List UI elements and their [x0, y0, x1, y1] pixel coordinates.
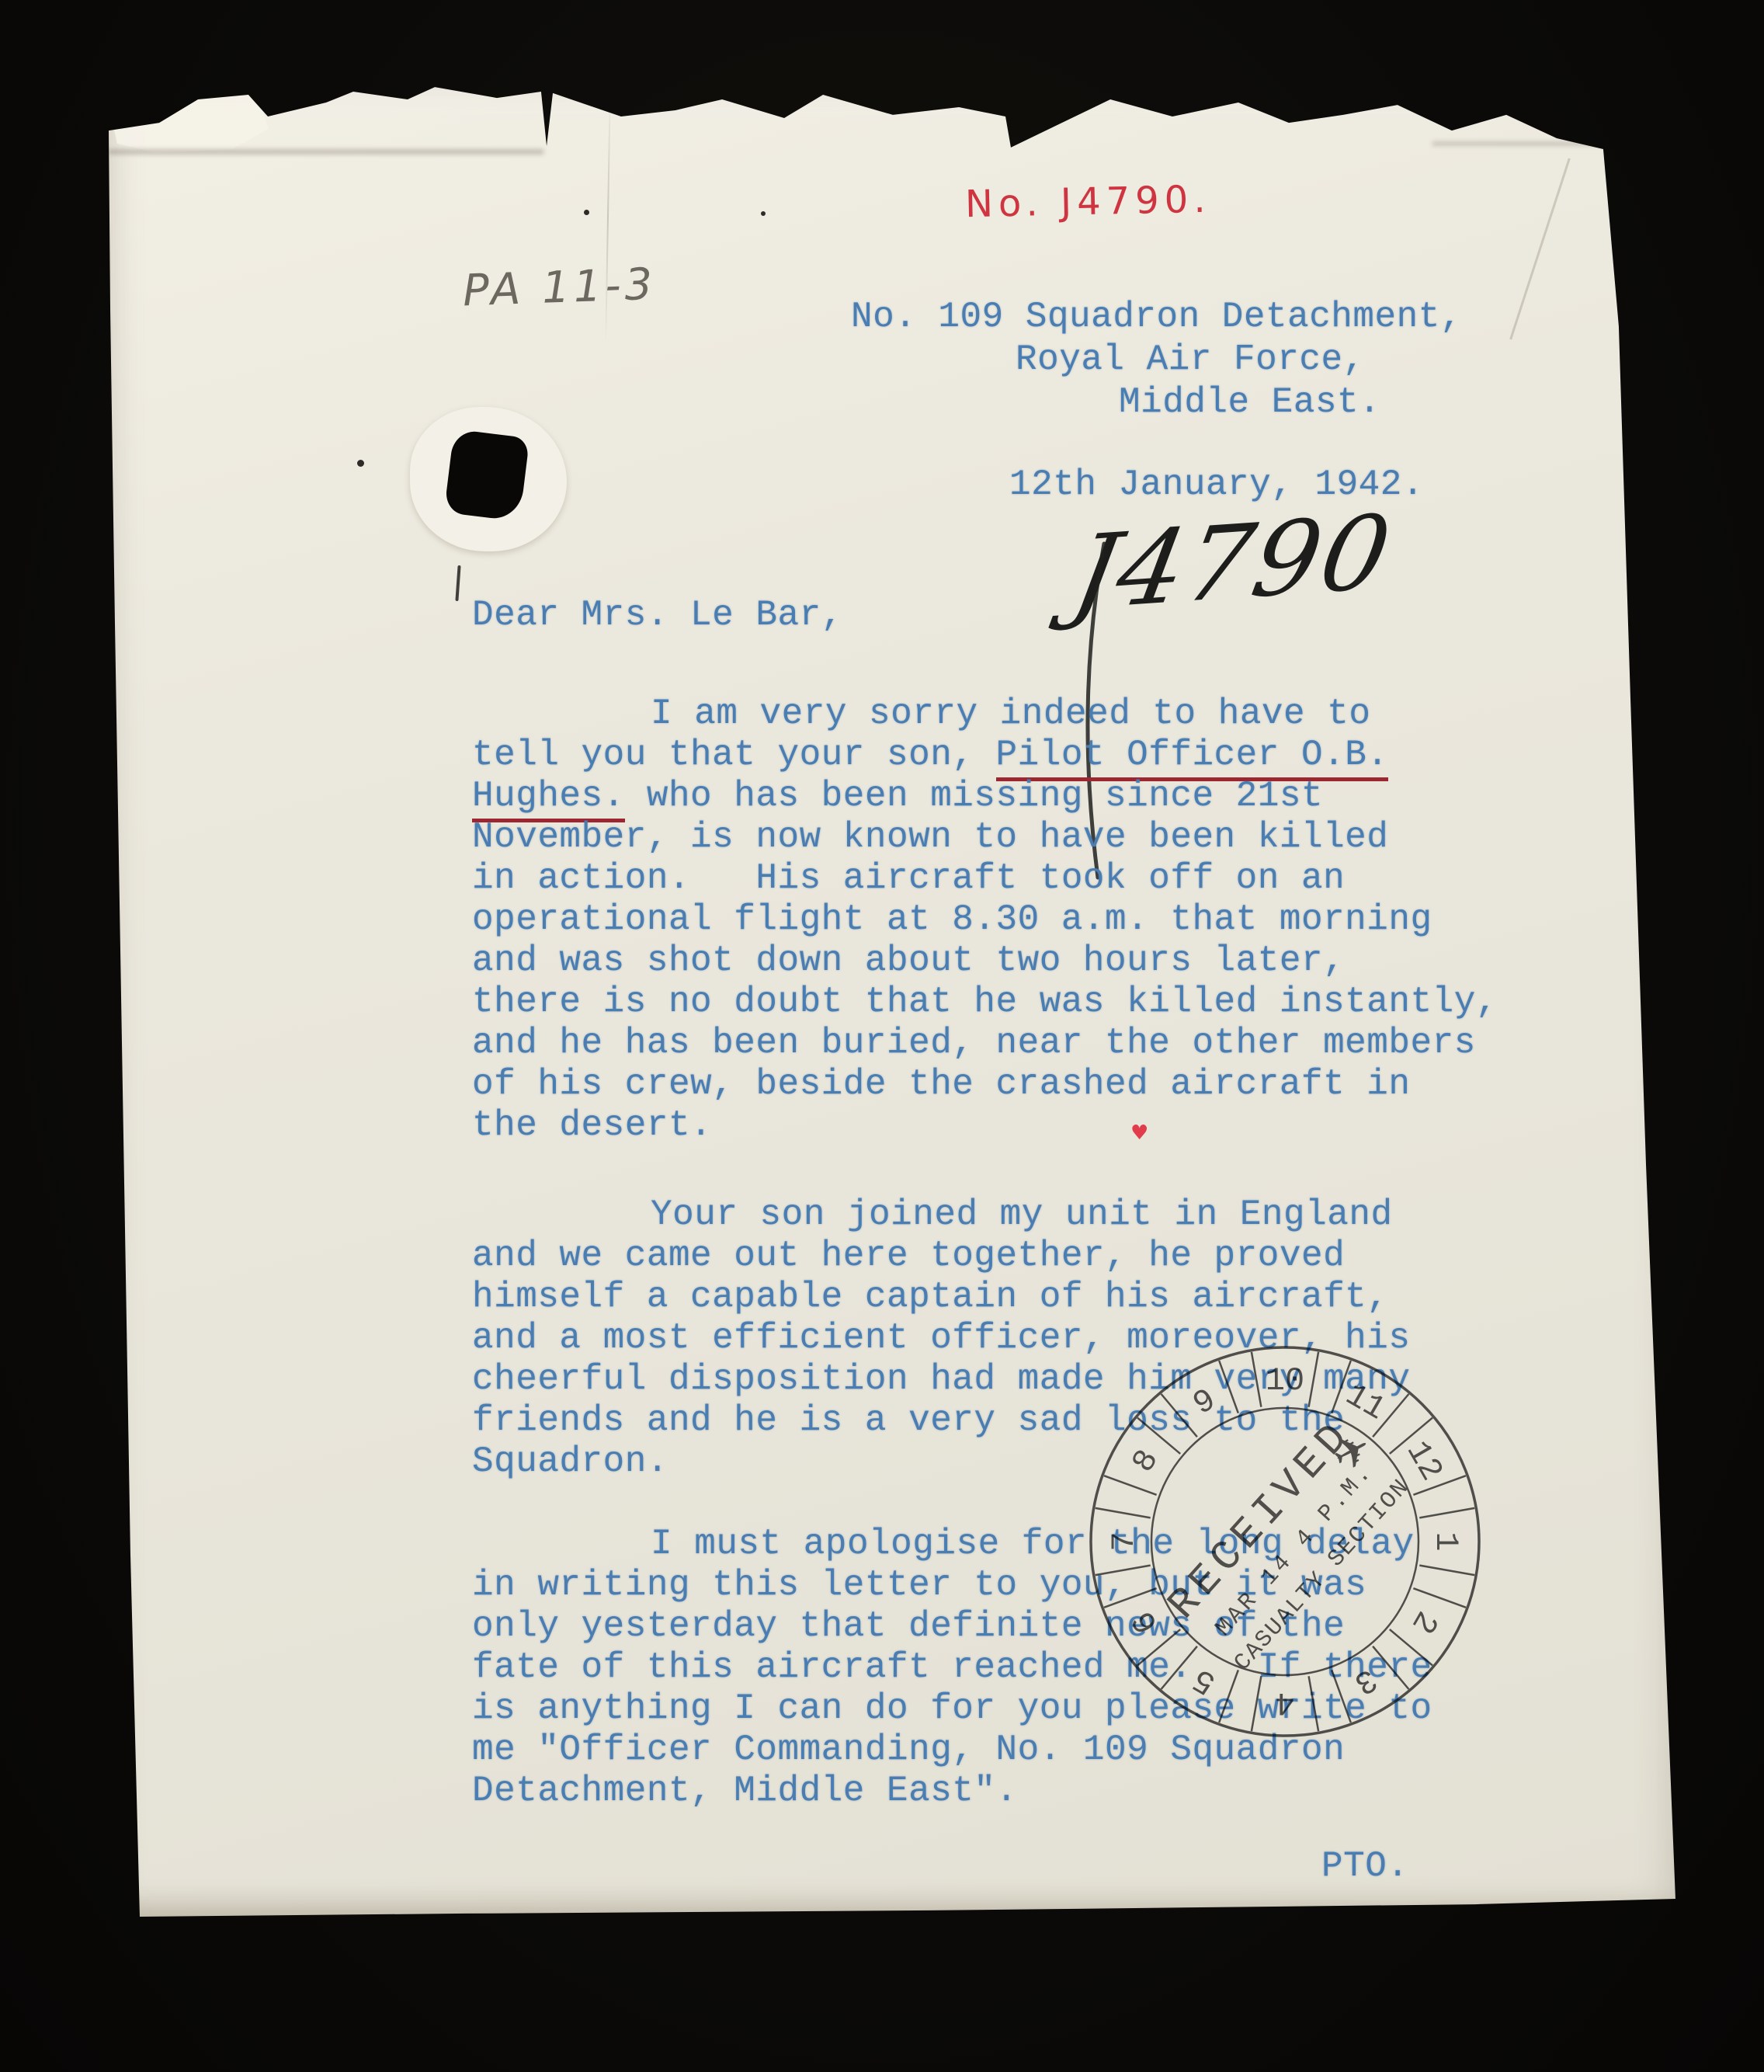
letter-line: operational flight at 8.30 a.m. that mor… [472, 899, 1432, 940]
letter-paper: No. J4790. PA 11-3 No. 109 Squadron Deta… [101, 78, 1685, 1920]
corner-crease [1509, 158, 1571, 340]
salutation: Dear Mrs. Le Bar, [472, 595, 843, 636]
torn-paper-fragment [101, 78, 303, 163]
letter-line: cheerful disposition had made him very m… [472, 1359, 1411, 1400]
typed-text: Detachment, Middle East". [472, 1771, 1018, 1811]
ink-speck [584, 210, 589, 215]
typed-text: in writing this letter to you, but it wa… [472, 1565, 1366, 1605]
letter-line: the desert. [472, 1105, 712, 1146]
letter-line: Detachment, Middle East". [472, 1771, 1018, 1812]
letter-line: Your son joined my unit in England [651, 1194, 1393, 1236]
typed-text: is anything I can do for you please writ… [472, 1688, 1432, 1729]
letter-line: in action. His aircraft took off on an [472, 858, 1345, 899]
letterhead-unit: No. 109 Squadron Detachment, [851, 297, 1462, 338]
ink-speck [761, 211, 766, 216]
underlined-text: Pilot Officer O.B. [996, 735, 1389, 781]
typed-text: I must apologise for the long delay [651, 1524, 1415, 1564]
typed-text: there is no doubt that he was killed ins… [472, 982, 1498, 1022]
typed-text: and we came out here together, he proved [472, 1236, 1345, 1276]
heart-mark: ♥ [1130, 1121, 1148, 1145]
typed-text: Squadron. [472, 1441, 668, 1482]
typed-text: and was shot down about two hours later, [472, 940, 1345, 981]
letter-line: fate of this aircraft reached me. If the… [472, 1647, 1432, 1688]
letter-line: and he has been buried, near the other m… [472, 1023, 1476, 1064]
letter-line: and was shot down about two hours later, [472, 940, 1345, 982]
underlined-text: Hughes. [472, 776, 625, 822]
letter-line: there is no doubt that he was killed ins… [472, 982, 1498, 1023]
letter-line: I must apologise for the long delay [651, 1524, 1415, 1565]
typed-text: Your son joined my unit in England [651, 1194, 1393, 1235]
letter-line: only yesterday that definite news of the [472, 1606, 1345, 1647]
typed-text: fate of this aircraft reached me. If the… [472, 1647, 1432, 1688]
letter-line: Squadron. [472, 1441, 668, 1483]
letter-line: and a most efficient officer, moreover, … [472, 1318, 1411, 1359]
typed-text: operational flight at 8.30 a.m. that mor… [472, 899, 1432, 940]
typed-text: November, is now known to have been kill… [472, 817, 1388, 857]
pen-mark [455, 565, 460, 601]
letterhead-service: Royal Air Force, [1016, 339, 1365, 381]
letter-line: in writing this letter to you, but it wa… [472, 1565, 1366, 1606]
letter-line: tell you that your son, Pilot Officer O.… [472, 735, 1388, 776]
letter-line: Hughes. who has been missing since 21st [472, 776, 1323, 817]
file-reference-red: No. J4790. [964, 178, 1211, 227]
typed-text: in action. His aircraft took off on an [472, 858, 1345, 899]
ink-service-number: J4790 [1064, 492, 1400, 633]
typed-text: cheerful disposition had made him very m… [472, 1359, 1411, 1399]
stamp-clock-number: 8 [1125, 1444, 1167, 1479]
letter-line: and we came out here together, he proved [472, 1236, 1345, 1277]
letter-line: November, is now known to have been kill… [472, 817, 1388, 858]
ink-speck [357, 460, 364, 467]
scanned-letter-photo: { "photo": { "background": "#0c0b09", "p… [0, 0, 1764, 2072]
letter-line: himself a capable captain of his aircraf… [472, 1277, 1388, 1318]
typed-text: the desert. [472, 1105, 712, 1146]
typed-text: and a most efficient officer, moreover, … [472, 1318, 1411, 1358]
letterhead-location: Middle East. [1119, 382, 1380, 423]
typed-text: friends and he is a very sad loss to the [472, 1400, 1345, 1441]
letter-line: friends and he is a very sad loss to the [472, 1400, 1345, 1441]
stamp-clock-number: 2 [1403, 1604, 1445, 1640]
letter-line: I am very sorry indeed to have to [651, 694, 1370, 735]
typed-text: me "Officer Commanding, No. 109 Squadron [472, 1730, 1345, 1770]
letter-line: of his crew, beside the crashed aircraft… [472, 1064, 1411, 1105]
stamp-clock-number: 1 [1427, 1531, 1464, 1551]
typed-text: himself a capable captain of his aircraf… [472, 1277, 1388, 1317]
letter-line: me "Officer Commanding, No. 109 Squadron [472, 1730, 1345, 1771]
typed-text: who has been missing since 21st [625, 776, 1323, 816]
typed-text: and he has been buried, near the other m… [472, 1023, 1476, 1063]
tear-shadow-right [1432, 141, 1623, 146]
typed-text: I am very sorry indeed to have to [651, 694, 1370, 734]
letter-line: is anything I can do for you please writ… [472, 1688, 1432, 1730]
typed-text: of his crew, beside the crashed aircraft… [472, 1064, 1411, 1104]
pencil-note: PA 11-3 [462, 259, 657, 317]
typed-text: tell you that your son, [472, 735, 996, 775]
stamp-clock-number: 12 [1398, 1435, 1450, 1488]
typed-text: only yesterday that definite news of the [472, 1606, 1345, 1646]
pto-note: PTO. [1321, 1846, 1408, 1887]
